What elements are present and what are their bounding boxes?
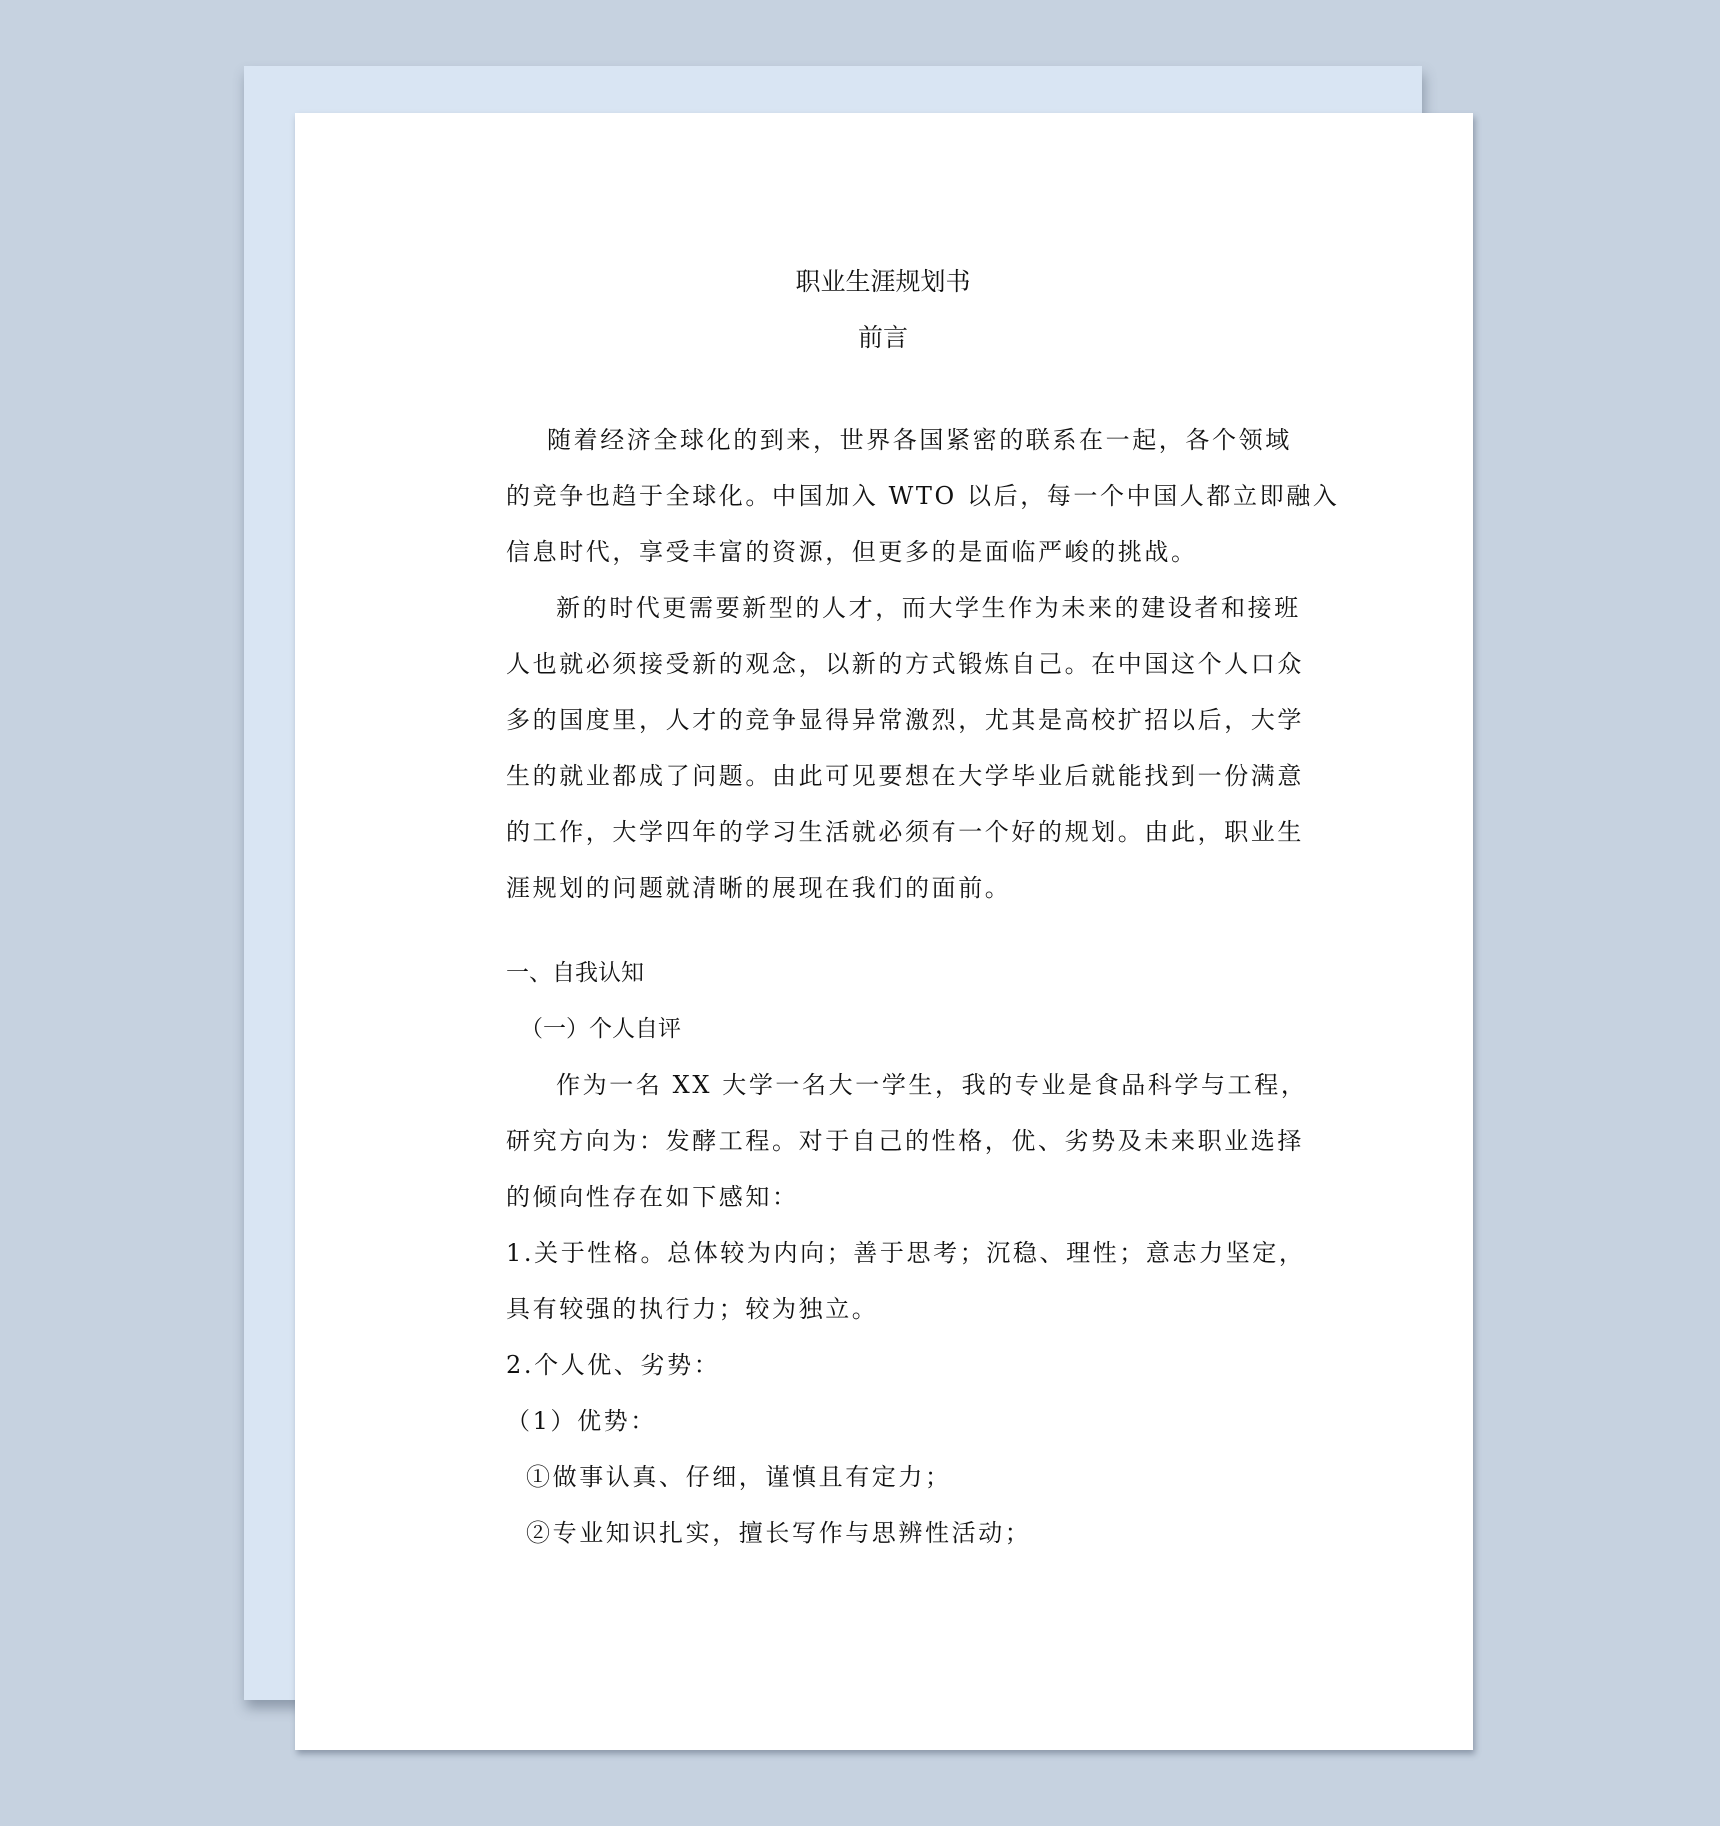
strength-item: ①做事认真、仔细，谨慎且有定力； [526, 1462, 1286, 1492]
list-item-line: 具有较强的执行力；较为独立。 [506, 1294, 1266, 1324]
paragraph-line: 信息时代，享受丰富的资源，但更多的是面临严峻的挑战。 [506, 537, 1266, 567]
list-item: 2.个人优、劣势： [506, 1350, 1266, 1380]
paragraph-line: 的工作，大学四年的学习生活就必须有一个好的规划。由此，职业生 [506, 817, 1266, 847]
paragraph-line: 人也就必须接受新的观念，以新的方式锻炼自己。在中国这个人口众 [506, 649, 1266, 679]
paragraph-line: 随着经济全球化的到来，世界各国紧密的联系在一起，各个领域 [547, 425, 1307, 455]
paragraph-line: 的倾向性存在如下感知： [506, 1182, 1266, 1212]
section-heading: 一、自我认知 [506, 958, 644, 988]
paragraph-line: 涯规划的问题就清晰的展现在我们的面前。 [506, 873, 1266, 903]
paragraph-line: 新的时代更需要新型的人才，而大学生作为未来的建设者和接班 [556, 593, 1316, 623]
paragraph-line: 作为一名 XX 大学一名大一学生，我的专业是食品科学与工程， [556, 1070, 1316, 1100]
strength-item: ②专业知识扎实，擅长写作与思辨性活动； [526, 1518, 1286, 1548]
list-item-line: 1.关于性格。总体较为内向；善于思考；沉稳、理性；意志力坚定， [506, 1238, 1266, 1268]
document-page: 职业生涯规划书 前言 随着经济全球化的到来，世界各国紧密的联系在一起，各个领域 … [295, 113, 1473, 1750]
paragraph-line: 研究方向为：发酵工程。对于自己的性格，优、劣势及未来职业选择 [506, 1126, 1266, 1156]
paragraph-line: 生的就业都成了问题。由此可见要想在大学毕业后就能找到一份满意 [506, 761, 1266, 791]
document-title: 职业生涯规划书 [506, 267, 1260, 297]
paragraph-line: 多的国度里，人才的竞争显得异常激烈，尤其是高校扩招以后，大学 [506, 705, 1266, 735]
document-subtitle: 前言 [506, 323, 1260, 353]
sublist-heading: （1）优势： [506, 1406, 1266, 1436]
paragraph-line: 的竞争也趋于全球化。中国加入 WTO 以后，每一个中国人都立即融入 [506, 481, 1266, 511]
subsection-heading: （一）个人自评 [520, 1014, 681, 1044]
